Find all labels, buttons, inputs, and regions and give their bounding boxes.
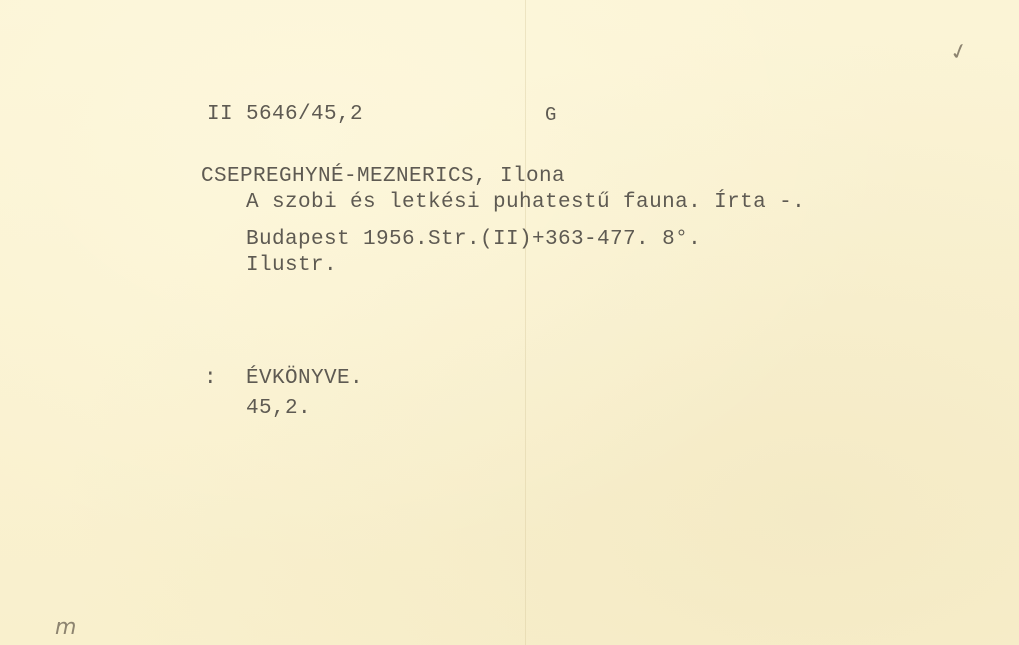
title-statement: A szobi és letkési puhatestű fauna. Írta…	[246, 192, 805, 213]
location-code: G	[545, 106, 557, 125]
paper-fold-line	[525, 0, 526, 645]
author-heading: CSEPREGHYNÉ-MEZNERICS, Ilona	[201, 166, 565, 187]
catalog-card: II 5646/45,2 G CSEPREGHYNÉ-MEZNERICS, Il…	[0, 0, 1019, 645]
imprint: Budapest 1956.Str.(II)+363-477. 8°.	[246, 229, 701, 250]
call-number: II 5646/45,2	[207, 104, 363, 125]
handwritten-initial: m	[55, 615, 76, 640]
check-mark-icon: ✓	[947, 38, 971, 67]
series-volume: 45,2.	[246, 398, 311, 419]
illustration-note: Ilustr.	[246, 255, 337, 276]
series-title: ÉVKÖNYVE.	[246, 368, 363, 389]
series-prefix: :	[204, 368, 217, 389]
